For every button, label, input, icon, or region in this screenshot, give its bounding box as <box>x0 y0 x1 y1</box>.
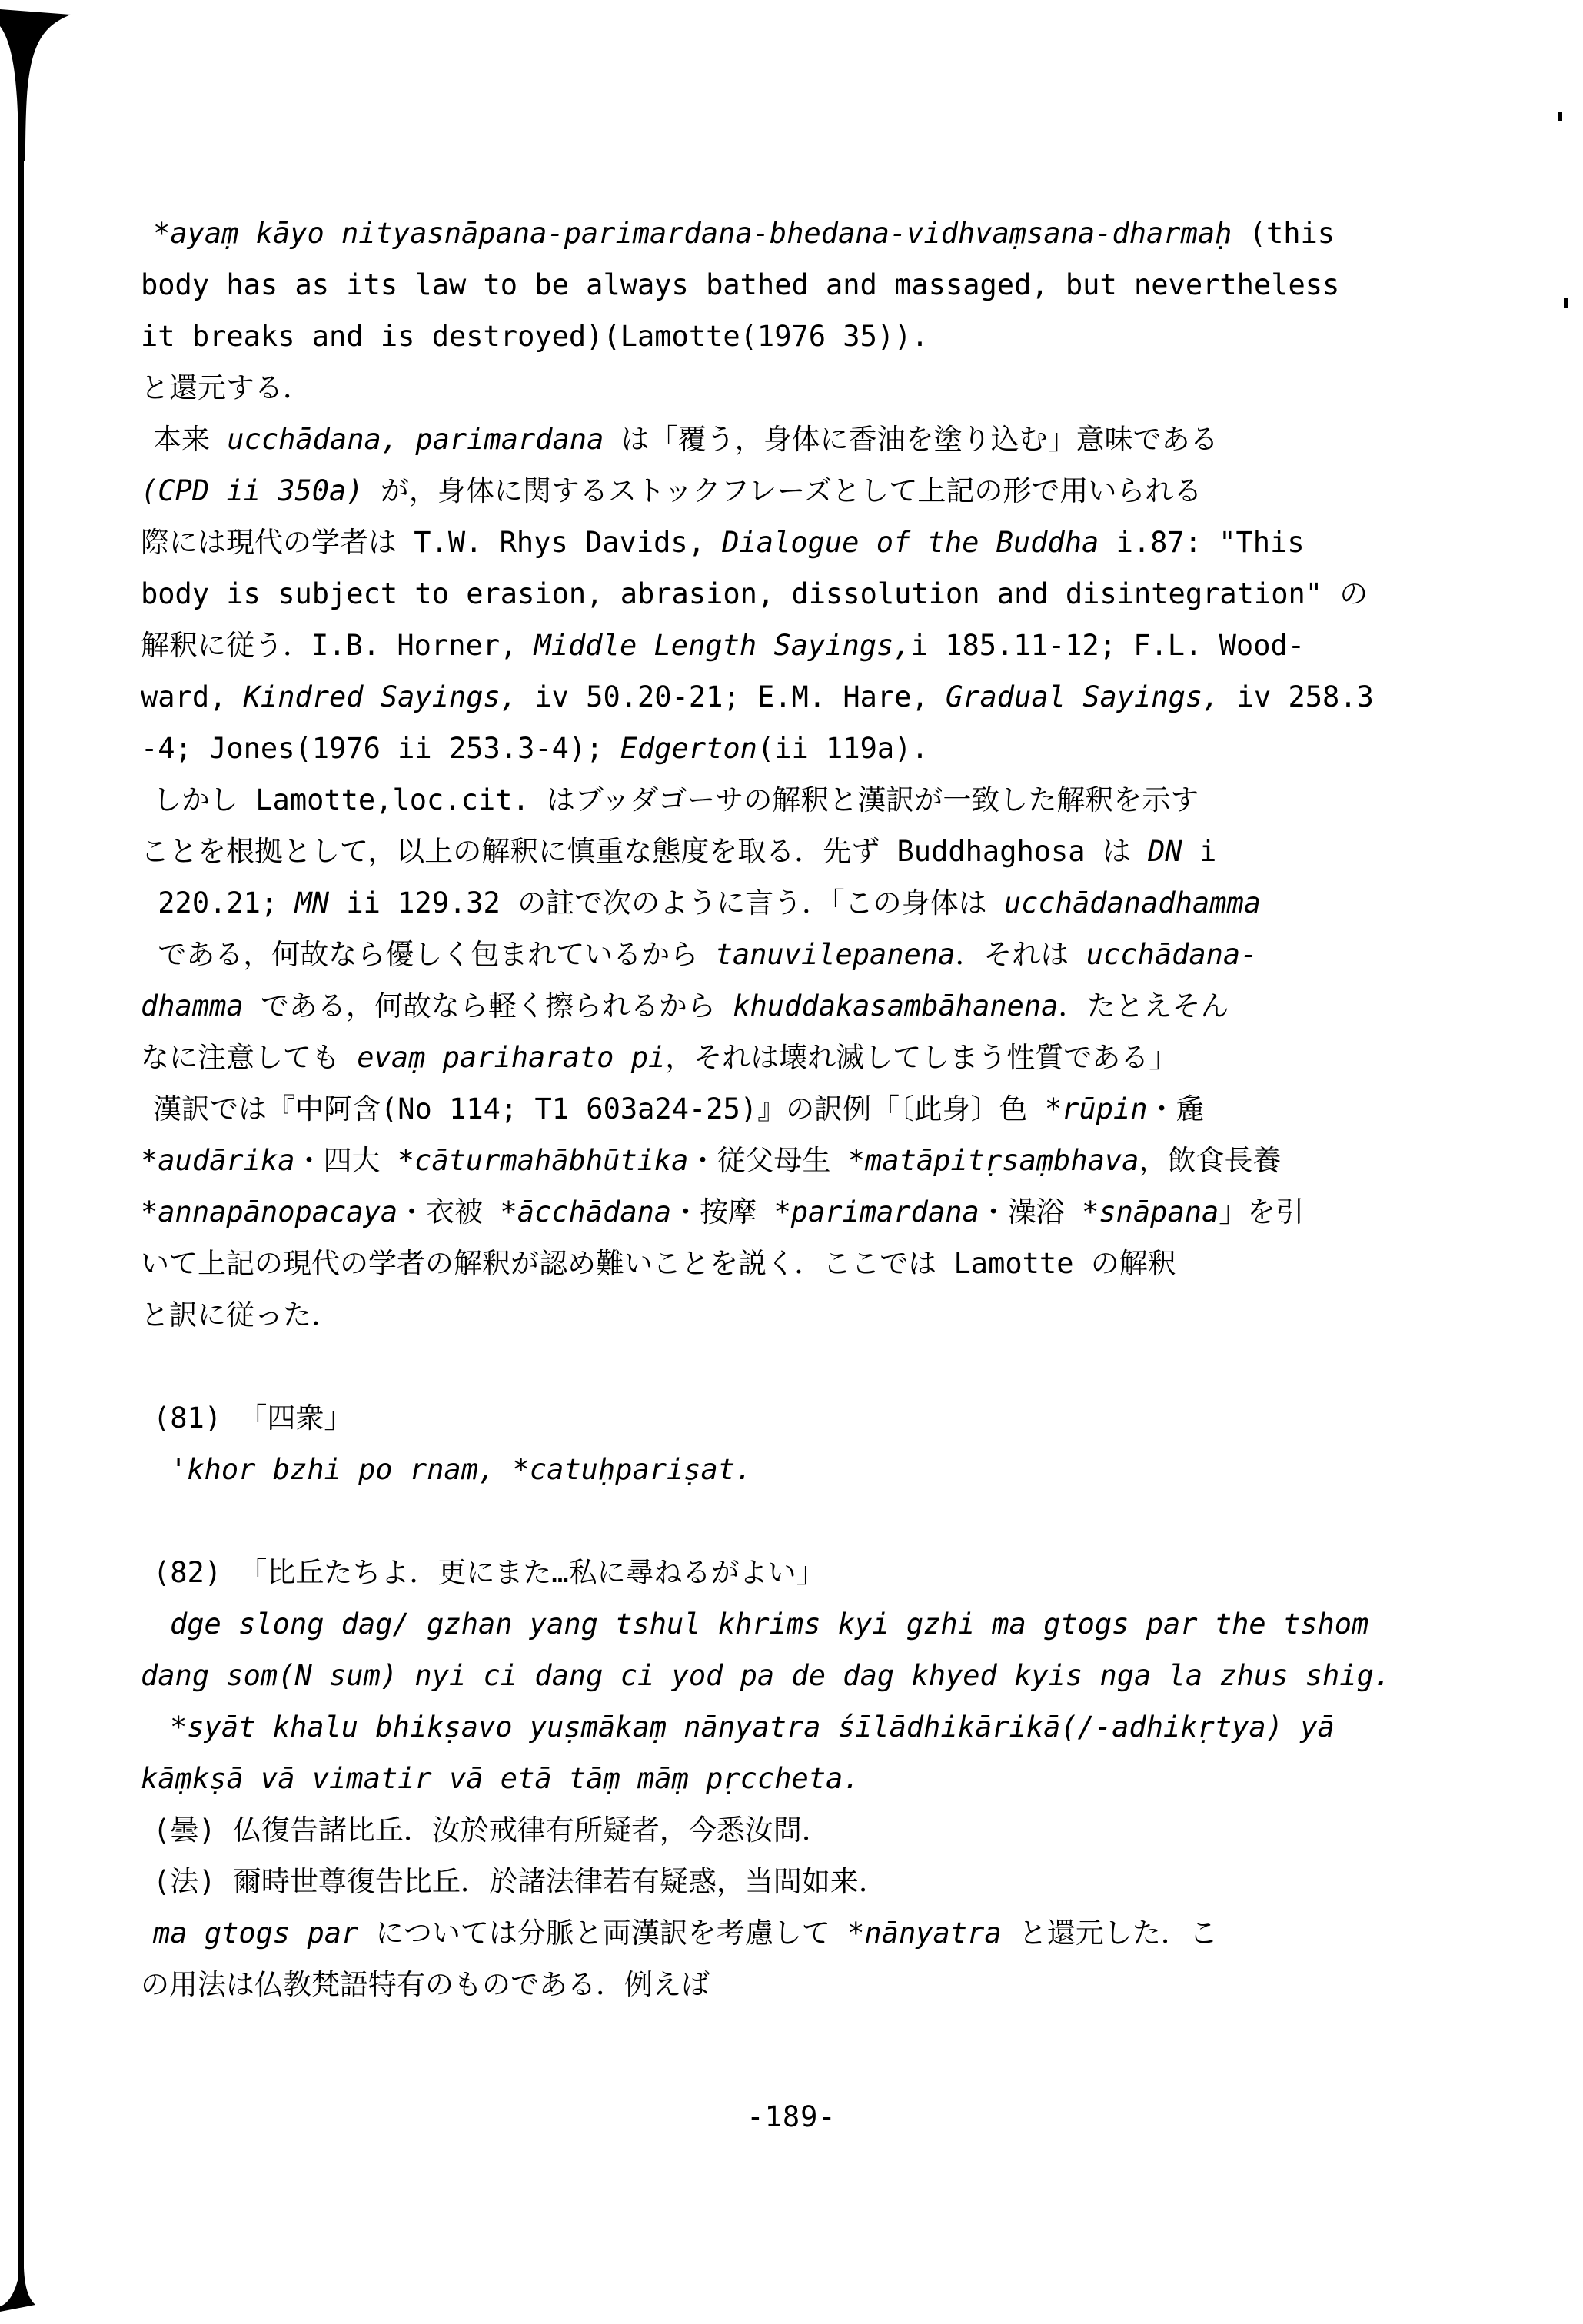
text-segment: (81) 「四衆」 <box>153 1401 352 1435</box>
transliteration-segment: (CPD ii 350a) <box>141 474 364 507</box>
blank-line <box>141 1495 1478 1547</box>
text-line: *syāt khalu bhikṣavo yuṣmākaṃ nānyatra ś… <box>141 1701 1478 1753</box>
text-line: (法) 爾時世尊復告比丘．於諸法律若有疑惑，当問如来． <box>141 1856 1478 1907</box>
text-segment: なに注意しても <box>141 1041 357 1074</box>
transliteration-segment: ucchādana- <box>1086 938 1258 971</box>
transliteration-segment: *nānyatra <box>847 1917 1001 1950</box>
transliteration-segment: *parimardana <box>773 1195 979 1228</box>
text-segment: と還元する． <box>141 371 311 404</box>
text-line: と訳に従った． <box>141 1289 1478 1341</box>
binding-mark-vertical-line <box>18 154 24 2276</box>
transliteration-segment: *ayaṃ kāyo nityasnāpana-parimardana-bhed… <box>153 217 1232 250</box>
transliteration-segment: *matāpitṛsaṃbhava <box>848 1144 1139 1177</box>
text-segment: 」を引 <box>1219 1195 1304 1228</box>
text-segment: 本来 <box>153 423 227 456</box>
text-segment: i.87: "This <box>1099 526 1304 559</box>
transliteration-segment: Kindred Sayings, <box>244 680 517 713</box>
transliteration-segment: MN <box>294 886 329 919</box>
transliteration-segment: Middle Length Sayings, <box>534 629 911 662</box>
transliteration-segment: 'khor bzhi po rnam, *catuḥpariṣat. <box>170 1453 752 1486</box>
transliteration-segment: evaṃ pariharato pi <box>357 1041 665 1074</box>
text-segment: いて上記の現代の学者の解釈が認め難いことを説く．ここでは Lamotte の解釈 <box>141 1247 1176 1280</box>
text-line: なに注意しても evaṃ pariharato pi，それは壊れ滅してしまう性質… <box>141 1032 1478 1083</box>
transliteration-segment: *ācchādana <box>500 1195 671 1228</box>
transliteration-segment: ucchādanadhamma <box>1004 886 1261 919</box>
text-segment: と還元した．こ <box>1002 1917 1218 1950</box>
text-line: 本来 ucchādana, parimardana は「覆う，身体に香油を塗り込… <box>141 414 1478 465</box>
text-line: 220.21; MN ii 129.32 の註で次のように言う．「この身体は u… <box>141 877 1478 929</box>
text-segment: ward, <box>141 680 244 713</box>
text-segment: ・麁 <box>1148 1092 1205 1125</box>
transliteration-segment: *syāt khalu bhikṣavo yuṣmākaṃ nānyatra ś… <box>170 1711 1335 1744</box>
text-line: dhamma である，何故なら軽く擦られるから khuddakasambāhan… <box>141 980 1478 1032</box>
text-line: である，何故なら優しく包まれているから tanuvilepanena．それは u… <box>141 929 1478 980</box>
text-segment: は「覆う，身体に香油を塗り込む」意味である <box>604 423 1218 456</box>
text-line: *annapānopacaya・衣被 *ācchādana・按摩 *parima… <box>141 1186 1478 1238</box>
binding-mark-bottom-foot-icon <box>0 2268 35 2312</box>
transliteration-segment: Gradual Sayings, <box>946 680 1219 713</box>
text-segment: 漢訳では『中阿含(No 114; T1 603a24-25)』の訳例「〔此身〕色 <box>153 1092 1045 1125</box>
transliteration-segment: *annapānopacaya <box>141 1195 397 1228</box>
text-line: (CPD ii 350a) が，身体に関するストックフレーズとして上記の形で用い… <box>141 465 1478 517</box>
page-number: -189- <box>0 2091 1583 2143</box>
text-segment: ，それは壊れ滅してしまう性質である」 <box>665 1041 1177 1074</box>
text-line: 解釈に従う．I.B. Horner, Middle Length Sayings… <box>141 620 1478 671</box>
text-line: *ayaṃ kāyo nityasnāpana-parimardana-bhed… <box>141 208 1478 259</box>
text-line: いて上記の現代の学者の解釈が認め難いことを説く．ここでは Lamotte の解釈 <box>141 1238 1478 1289</box>
text-segment: ，飲食長養 <box>1139 1144 1281 1177</box>
text-line: しかし Lamotte,loc.cit. はブッダゴーサの解釈と漢訳が一致した解… <box>141 774 1478 826</box>
transliteration-segment: tanuvilepanena <box>716 938 956 971</box>
text-line: -4; Jones(1976 ii 253.3-4); Edgerton(ii … <box>141 723 1478 774</box>
scan-speck-top-right <box>1558 112 1562 121</box>
transliteration-segment: *audārika <box>141 1144 294 1177</box>
text-segment: については分脈と両漢訳を考慮して <box>358 1917 847 1950</box>
text-segment: である，何故なら優しく包まれているから <box>141 938 716 971</box>
text-segment: ．たとえそん <box>1058 989 1229 1022</box>
transliteration-segment: dang som(N sum) nyi ci dang ci yod pa de… <box>141 1659 1391 1692</box>
transliteration-segment: *cāturmahābhūtika <box>397 1144 689 1177</box>
text-segment: が，身体に関するストックフレーズとして上記の形で用いられる <box>364 474 1202 507</box>
text-segment: 220.21; <box>141 886 294 919</box>
text-line: dang som(N sum) nyi ci dang ci yod pa de… <box>141 1650 1478 1701</box>
text-segment: 際には現代の学者は T.W. Rhys Davids, <box>141 526 722 559</box>
text-line: (81) 「四衆」 <box>141 1392 1478 1444</box>
text-segment: ii 129.32 の註で次のように言う．「この身体は <box>329 886 1004 919</box>
text-segment: it breaks and is destroyed)(Lamotte(1976… <box>141 320 929 353</box>
text-line: 漢訳では『中阿含(No 114; T1 603a24-25)』の訳例「〔此身〕色… <box>141 1083 1478 1135</box>
transliteration-segment: Edgerton <box>620 732 757 765</box>
text-line: と還元する． <box>141 362 1478 414</box>
transliteration-segment: DN <box>1148 835 1182 868</box>
text-line: ma gtogs par については分脈と両漢訳を考慮して *nānyatra … <box>141 1907 1478 1959</box>
text-segment: (82) 「比丘たちよ．更にまた…私に尋ねるがよい」 <box>153 1556 825 1589</box>
text-segment: -4; Jones(1976 ii 253.3-4); <box>141 732 620 765</box>
text-segment: ・衣被 <box>397 1195 500 1228</box>
transliteration-segment: dge slong dag/ gzhan yang tshul khrims k… <box>170 1608 1368 1641</box>
text-line: *audārika・四大 *cāturmahābhūtika・従父母生 *mat… <box>141 1135 1478 1186</box>
text-line: ことを根拠として，以上の解釈に慎重な態度を取る．先ず Buddhaghosa は… <box>141 826 1478 877</box>
text-line: の用法は仏教梵語特有のものである．例えば <box>141 1959 1478 2010</box>
transliteration-segment: Dialogue of the Buddha <box>722 526 1099 559</box>
text-segment: body has as its law to be always bathed … <box>141 268 1339 301</box>
transliteration-segment: khuddakasambāhanena <box>733 989 1058 1022</box>
text-segment: (ii 119a). <box>757 732 929 765</box>
text-segment: (this <box>1232 217 1335 250</box>
text-line: (曇) 仏復告諸比丘．汝於戒律有所疑者，今悉汝問． <box>141 1804 1478 1856</box>
text-line: 際には現代の学者は T.W. Rhys Davids, Dialogue of … <box>141 517 1478 568</box>
transliteration-segment: ucchādana, parimardana <box>227 423 604 456</box>
text-line: 'khor bzhi po rnam, *catuḥpariṣat. <box>141 1444 1478 1495</box>
text-line: body has as its law to be always bathed … <box>141 259 1478 311</box>
scan-speck-right-edge <box>1564 298 1568 308</box>
transliteration-segment: ma gtogs par <box>153 1917 358 1950</box>
text-segment: ．それは <box>955 938 1086 971</box>
text-line: (82) 「比丘たちよ．更にまた…私に尋ねるがよい」 <box>141 1547 1478 1598</box>
text-segment: の用法は仏教梵語特有のものである．例えば <box>141 1968 710 2001</box>
text-segment: ・従父母生 <box>688 1144 847 1177</box>
text-segment: (法) 爾時世尊復告比丘．於諸法律若有疑惑，当問如来． <box>153 1865 887 1898</box>
text-segment: ・澡浴 <box>979 1195 1082 1228</box>
transliteration-segment: *snāpana <box>1082 1195 1219 1228</box>
text-segment: である，何故なら軽く擦られるから <box>244 989 733 1022</box>
text-segment: body is subject to erasion, abrasion, di… <box>141 577 1368 610</box>
text-line: it breaks and is destroyed)(Lamotte(1976… <box>141 311 1478 362</box>
binding-mark-top-wedge-icon <box>0 9 71 161</box>
text-segment: iv 258.3 <box>1219 680 1373 713</box>
blank-line <box>141 1341 1478 1392</box>
transliteration-segment: kāṃkṣā vā vimatir vā etā tāṃ māṃ pṛcchet… <box>141 1762 860 1795</box>
text-segment: ・四大 <box>294 1144 397 1177</box>
text-line: dge slong dag/ gzhan yang tshul khrims k… <box>141 1598 1478 1650</box>
text-block: *ayaṃ kāyo nityasnāpana-parimardana-bhed… <box>141 208 1478 2010</box>
text-line: body is subject to erasion, abrasion, di… <box>141 568 1478 620</box>
text-segment: i 185.11-12; F.L. Wood- <box>911 629 1305 662</box>
text-segment: 解釈に従う．I.B. Horner, <box>141 629 534 662</box>
text-line: ward, Kindred Sayings, iv 50.20-21; E.M.… <box>141 671 1478 723</box>
text-segment: (曇) 仏復告諸比丘．汝於戒律有所疑者，今悉汝問． <box>153 1814 830 1847</box>
text-segment: しかし Lamotte,loc.cit. はブッダゴーサの解釈と漢訳が一致した解… <box>153 783 1199 816</box>
transliteration-segment: *rūpin <box>1045 1092 1148 1125</box>
text-segment: と訳に従った． <box>141 1298 340 1332</box>
text-line: kāṃkṣā vā vimatir vā etā tāṃ māṃ pṛcchet… <box>141 1753 1478 1804</box>
text-segment: iv 50.20-21; E.M. Hare, <box>517 680 946 713</box>
text-segment: ・按摩 <box>671 1195 773 1228</box>
scanned-document-page: *ayaṃ kāyo nityasnāpana-parimardana-bhed… <box>0 0 1583 2324</box>
text-segment: i <box>1182 835 1217 868</box>
text-segment: ことを根拠として，以上の解釈に慎重な態度を取る．先ず Buddhaghosa は <box>141 835 1148 868</box>
transliteration-segment: dhamma <box>141 989 244 1022</box>
